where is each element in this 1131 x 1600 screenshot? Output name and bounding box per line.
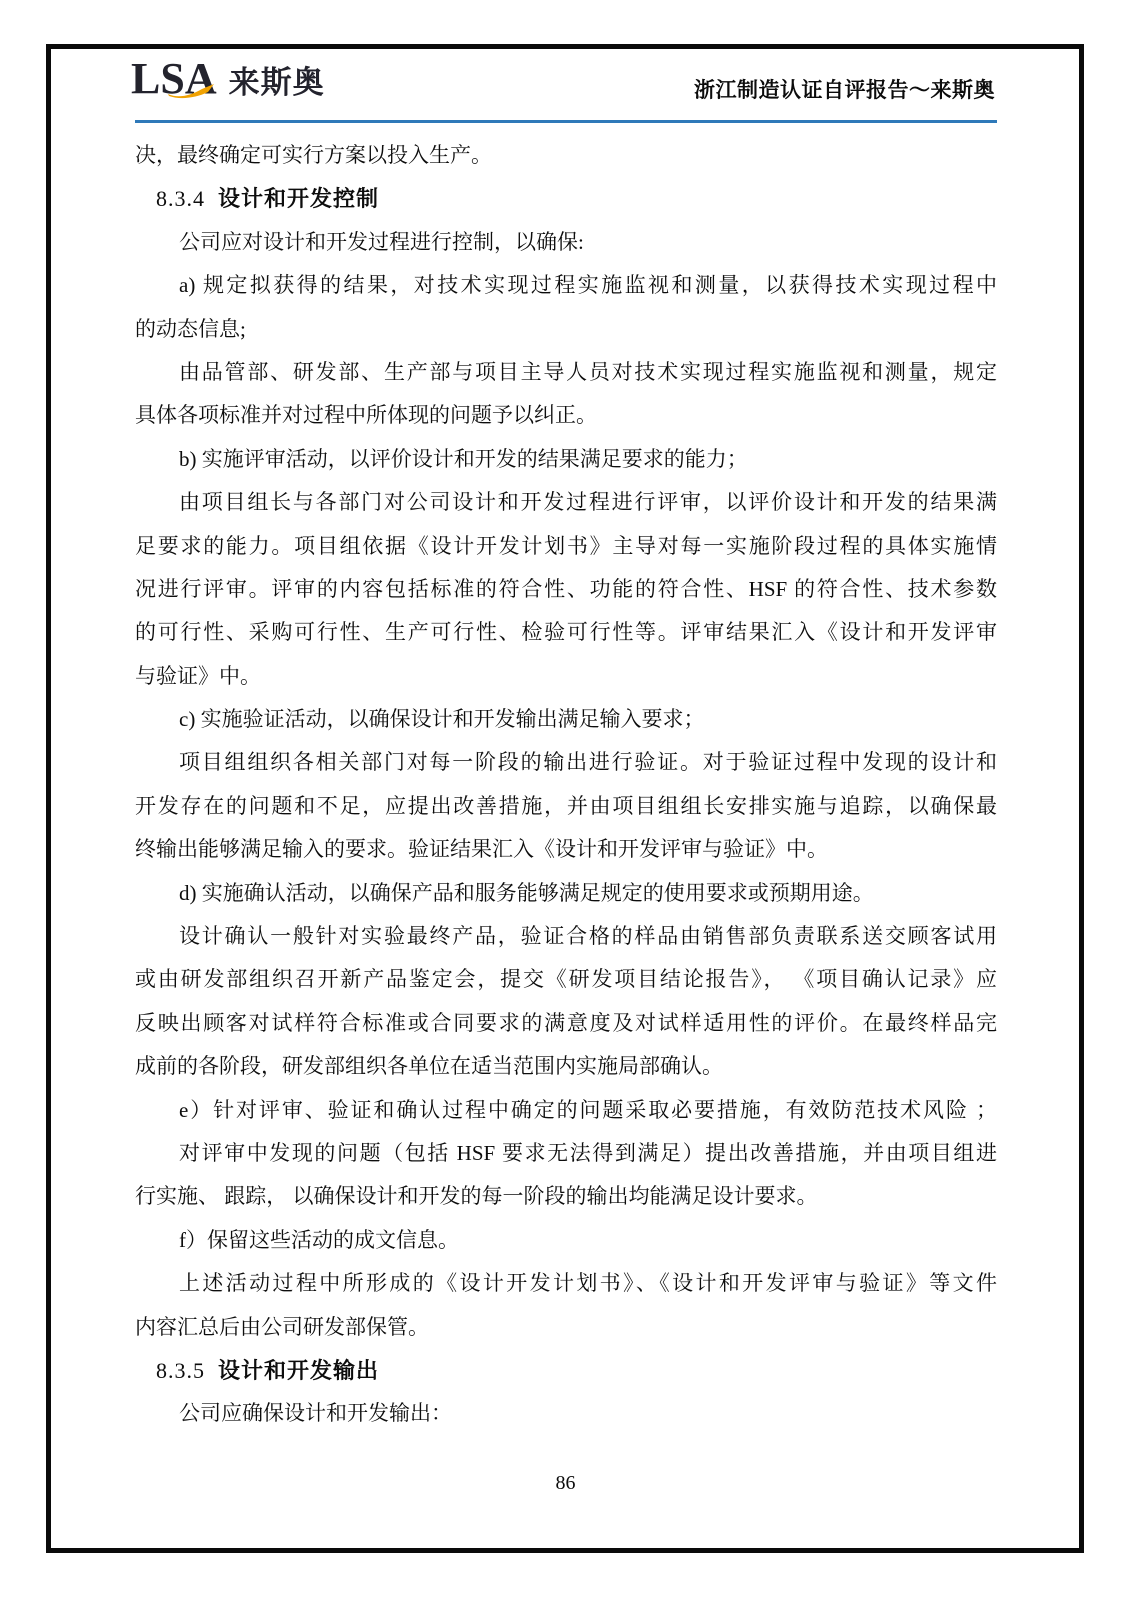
body-line: 由项目组长与各部门对公司设计和开发过程进行评审，以评价设计和开发的结果满 — [135, 481, 997, 524]
body-line: 行实施、 跟踪， 以确保设计和开发的每一阶段的输出均能满足设计要求。 — [135, 1175, 997, 1218]
body-line: 由品管部、研发部、生产部与项目主导人员对技术实现过程实施监视和测量，规定 — [135, 351, 997, 394]
body-line: f）保留这些活动的成文信息。 — [135, 1219, 997, 1262]
section-number: 8.3.4 — [156, 186, 205, 211]
body-line: 上述活动过程中所形成的《设计开发计划书》、《设计和开发评审与验证》等文件 — [135, 1262, 997, 1305]
logo-swoosh-icon — [168, 84, 214, 99]
body-line: 内容汇总后由公司研发部保管。 — [135, 1306, 997, 1349]
document-page: LSA 来斯奥 浙江制造认证自评报告～来斯奥 决，最终确定可实行方案以投入生产。… — [0, 0, 1131, 1600]
body-lines: 决，最终确定可实行方案以投入生产。8.3.4设计和开发控制公司应对设计和开发过程… — [135, 134, 997, 1436]
body-line: a) 规定拟获得的结果，对技术实现过程实施监视和测量，以获得技术实现过程中 — [135, 264, 997, 307]
body-line: 或由研发部组织召开新产品鉴定会，提交《研发项目结论报告》， 《项目确认记录》应 — [135, 958, 997, 1001]
section-title: 设计和开发输出 — [218, 1358, 379, 1383]
body-line: e）针对评审、验证和确认过程中确定的问题采取必要措施，有效防范技术风险 ； — [135, 1089, 997, 1132]
company-logo: LSA 来斯奥 — [131, 56, 325, 102]
logo-cjk-text: 来斯奥 — [229, 57, 325, 102]
body-line: 开发存在的问题和不足，应提出改善措施，并由项目组组长安排实施与追踪，以确保最 — [135, 785, 997, 828]
body-line: 的可行性、采购可行性、生产可行性、检验可行性等。评审结果汇入《设计和开发评审 — [135, 611, 997, 654]
body-line: 与验证》中。 — [135, 655, 997, 698]
body-line: c) 实施验证活动，以确保设计和开发输出满足输入要求； — [135, 698, 997, 741]
body-line: 况进行评审。评审的内容包括标准的符合性、功能的符合性、HSF 的符合性、技术参数 — [135, 568, 997, 611]
body-line: b) 实施评审活动，以评价设计和开发的结果满足要求的能力； — [135, 438, 997, 481]
body-line: 足要求的能力。项目组依据《设计开发计划书》主导对每一实施阶段过程的具体实施情 — [135, 525, 997, 568]
body-line: 成前的各阶段，研发部组织各单位在适当范围内实施局部确认。 — [135, 1045, 997, 1088]
body-line: 设计确认一般针对实验最终产品，验证合格的样品由销售部负责联系送交顾客试用 — [135, 915, 997, 958]
body-line: 项目组组织各相关部门对每一阶段的输出进行验证。对于验证过程中发现的设计和 — [135, 741, 997, 784]
header-doc-title: 浙江制造认证自评报告～来斯奥 — [694, 74, 995, 104]
body-line: 的动态信息; — [135, 308, 997, 351]
section-heading: 8.3.5设计和开发输出 — [135, 1349, 997, 1392]
page-number: 86 — [556, 1472, 576, 1494]
header-rule-line — [135, 120, 997, 123]
body-line: 具体各项标准并对过程中所体现的问题予以纠正。 — [135, 394, 997, 437]
body-line: 反映出顾客对试样符合标准或合同要求的满意度及对试样适用性的评价。在最终样品完 — [135, 1002, 997, 1045]
section-heading: 8.3.4设计和开发控制 — [135, 177, 997, 220]
body-line: 决，最终确定可实行方案以投入生产。 — [135, 134, 997, 177]
body-line: 公司应对设计和开发过程进行控制，以确保: — [135, 221, 997, 264]
section-number: 8.3.5 — [156, 1358, 205, 1383]
body-line: d) 实施确认活动，以确保产品和服务能够满足规定的使用要求或预期用途。 — [135, 872, 997, 915]
section-title: 设计和开发控制 — [218, 186, 379, 211]
body-line: 对评审中发现的问题（包括 HSF 要求无法得到满足）提出改善措施，并由项目组进 — [135, 1132, 997, 1175]
body-line: 公司应确保设计和开发输出： — [135, 1392, 997, 1435]
page-footer: 86 — [0, 1472, 1131, 1495]
body-line: 终输出能够满足输入的要求。验证结果汇入《设计和开发评审与验证》中。 — [135, 828, 997, 871]
